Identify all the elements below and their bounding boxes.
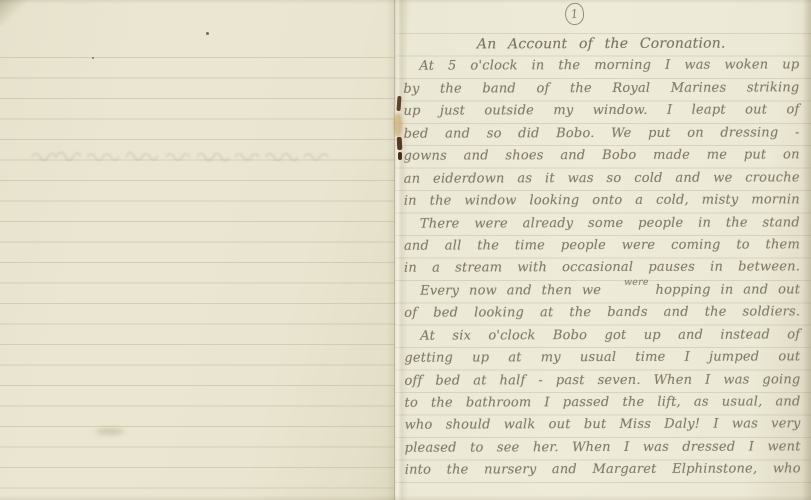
handwriting-line: into the nursery and Margaret Elphinston… — [405, 459, 801, 483]
handwriting-line: by the band of the Royal Marines strikin… — [403, 77, 799, 101]
handwriting-line: At six o'clock Bobo got up and instead o… — [404, 324, 800, 348]
handwriting-line: to the bathroom I passed the lift, as us… — [404, 391, 800, 415]
diary-title: An Account of the Coronation. — [403, 32, 799, 56]
top-edge-shadow — [0, 0, 811, 4]
bottom-edge-shadow — [0, 495, 811, 500]
handwriting-line: in the window looking onto a cold, misty… — [404, 189, 800, 213]
handwriting-line: pleased to see her. When I was dressed I… — [405, 436, 801, 460]
left-page-ruling — [0, 57, 395, 500]
binding-thread-mark — [396, 96, 401, 111]
handwritten-text: An Account of the Coronation. At 5 o'clo… — [403, 32, 801, 482]
handwriting-line: getting up at my usual time I jumped out — [404, 346, 800, 370]
handwriting-line: in a stream with occasional pauses in be… — [404, 257, 800, 281]
handwriting-line: who should walk out but Miss Daly! I was… — [405, 414, 801, 438]
handwriting-line: off bed at half - past seven. When I was… — [404, 369, 800, 393]
binding-thread-mark — [398, 152, 402, 160]
handwriting-line: gowns and shoes and Bobo made me put on — [404, 144, 800, 168]
inserted-word-above-line: were — [608, 278, 649, 287]
ink-speck — [92, 57, 94, 59]
page-gutter — [386, 0, 408, 500]
line-text-before: Every now and then we — [420, 283, 601, 299]
left-page — [0, 0, 395, 500]
page-number-circled: 1 — [564, 2, 585, 26]
binding-stain — [394, 113, 402, 137]
show-through-smudge — [96, 428, 124, 435]
handwriting-line: bed and so did Bobo. We put on dressing … — [404, 122, 800, 146]
ink-speck — [206, 32, 209, 35]
show-through-writing — [30, 143, 370, 165]
binding-thread-mark — [397, 137, 403, 150]
line-text-after: hopping in and out — [656, 282, 801, 298]
gutter-crease-line — [394, 0, 395, 500]
handwriting-line: an eiderdown as it was so cold and we cr… — [404, 167, 800, 191]
handwriting-line: At 5 o'clock in the morning I was woken … — [403, 55, 799, 79]
handwriting-line: There were already some people in the st… — [404, 212, 800, 236]
handwriting-line: and all the time people were coming to t… — [404, 234, 800, 258]
handwriting-line: up just outside my window. I leapt out o… — [403, 100, 799, 124]
handwriting-line-with-insertion: Every now and then we were hopping in an… — [404, 279, 800, 303]
right-edge-shadow — [802, 0, 811, 500]
handwriting-line: of bed looking at the bands and the sold… — [404, 302, 800, 326]
notebook-scan: 1 An Account of the Coronation. At 5 o'c… — [0, 0, 811, 500]
right-page: 1 An Account of the Coronation. At 5 o'c… — [395, 0, 811, 500]
